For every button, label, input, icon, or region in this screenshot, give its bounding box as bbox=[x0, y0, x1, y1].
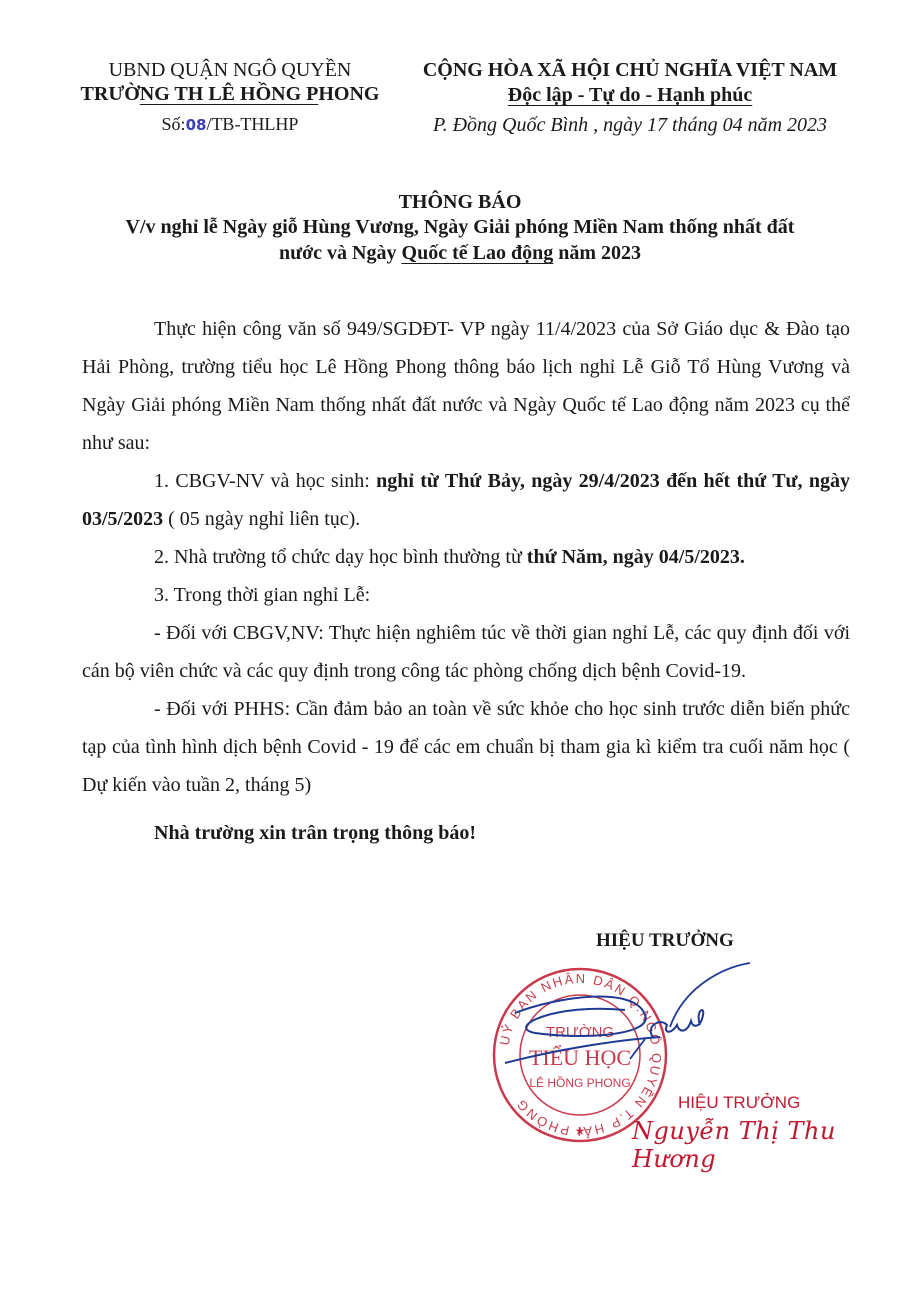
place-date: P. Đồng Quốc Bình , ngày 17 tháng 04 năm… bbox=[405, 112, 855, 138]
subject-line-2: nước và Ngày Quốc tế Lao động năm 2023 bbox=[80, 240, 840, 266]
document-number: Số:08/TB-THLHP bbox=[60, 112, 400, 137]
school-name: TRƯỜNG TH LÊ HỒNG PHONG bbox=[60, 82, 400, 106]
svg-text:LÊ HỒNG PHONG: LÊ HỒNG PHONG bbox=[529, 1075, 630, 1090]
issuer-header: UBND QUẬN NGÔ QUYỀN TRƯỜNG TH LÊ HỒNG PH… bbox=[60, 58, 400, 137]
signatory-name: Nguyễn Thị Thu Hương bbox=[632, 1117, 900, 1173]
intro-paragraph: Thực hiện công văn số 949/SGDĐT- VP ngày… bbox=[82, 310, 850, 462]
item-2: 2. Nhà trường tổ chức dạy học bình thườn… bbox=[82, 538, 850, 576]
stamp-title: HIỆU TRƯỞNG bbox=[678, 1093, 800, 1113]
item-3: 3. Trong thời gian nghỉ Lễ: bbox=[82, 576, 850, 614]
title-heading: THÔNG BÁO bbox=[80, 190, 840, 214]
closing-line: Nhà trường xin trân trọng thông báo! bbox=[82, 814, 850, 852]
item-3-parents: - Đối với PHHS: Cần đảm bảo an toàn về s… bbox=[82, 690, 850, 804]
district-authority: UBND QUẬN NGÔ QUYỀN bbox=[60, 58, 400, 82]
national-motto: Độc lập - Tự do - Hạnh phúc bbox=[405, 82, 855, 108]
signatory-title: HIỆU TRƯỞNG bbox=[596, 930, 734, 952]
item-3-staff: - Đối với CBGV,NV: Thực hiện nghiêm túc … bbox=[82, 614, 850, 690]
country-name: CỘNG HÒA XÃ HỘI CHỦ NGHĨA VIỆT NAM bbox=[405, 58, 855, 82]
national-header: CỘNG HÒA XÃ HỘI CHỦ NGHĨA VIỆT NAM Độc l… bbox=[405, 58, 855, 138]
item-1: 1. CBGV-NV và học sinh: nghỉ từ Thứ Bảy,… bbox=[82, 462, 850, 538]
signature-scrawl-icon bbox=[495, 955, 755, 1075]
document-title: THÔNG BÁO V/v nghỉ lễ Ngày giỗ Hùng Vươn… bbox=[80, 190, 840, 266]
subject-line-1: V/v nghỉ lễ Ngày giỗ Hùng Vương, Ngày Gi… bbox=[80, 214, 840, 240]
document-body: Thực hiện công văn số 949/SGDĐT- VP ngày… bbox=[82, 310, 850, 852]
svg-text:★: ★ bbox=[575, 1124, 586, 1138]
